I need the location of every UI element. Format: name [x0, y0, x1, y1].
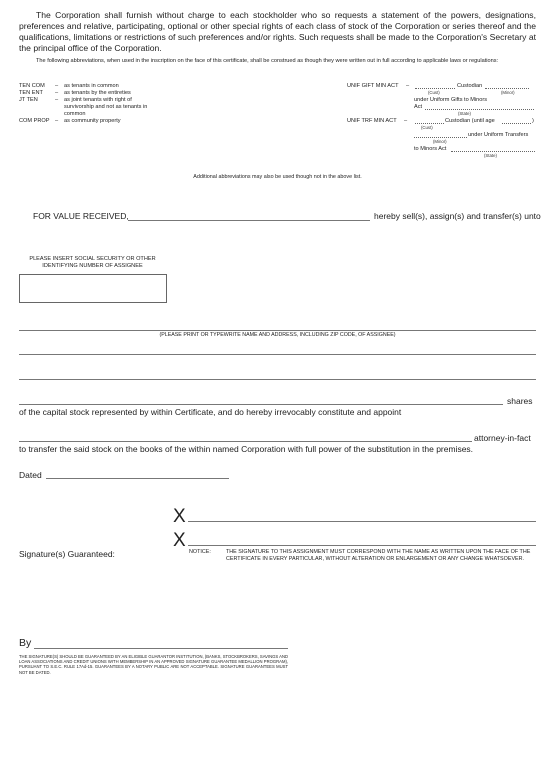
unif-trf-key: UNIF TRF MIN ACT: [347, 118, 397, 125]
assignee-name-line[interactable]: [19, 330, 536, 331]
gift-minor-caption: (Minor): [501, 90, 515, 95]
trf-custodian-field[interactable]: [415, 123, 444, 124]
guarantee-fine-print: THE SIGNATURE(S) SHOULD BE GUARANTEED BY…: [19, 654, 288, 675]
abbreviations-left-list: TEN COM – as tenants in common TEN ENT –…: [19, 83, 189, 133]
abbreviations-intro-text: The following abbreviations, when used i…: [36, 58, 498, 64]
abbreviations-right-list: UNIF GIFT MIN ACT – Custodian (Cust) (Mi…: [347, 83, 537, 163]
gift-custodian-field[interactable]: [415, 88, 455, 89]
abbreviation-dash: –: [55, 90, 58, 97]
unif-gift-key: UNIF GIFT MIN ACT: [347, 83, 398, 90]
trf-close-paren: ): [532, 118, 534, 125]
trf-age-field[interactable]: [502, 123, 531, 124]
intro-paragraph: The Corporation shall furnish without ch…: [19, 10, 536, 54]
for-value-received-label: FOR VALUE RECEIVED,: [33, 211, 129, 221]
trf-minor-caption: (Minor): [433, 139, 447, 144]
abbreviation-dash: –: [55, 118, 58, 125]
date-field[interactable]: [46, 478, 229, 479]
guarantor-signature-field[interactable]: [34, 648, 288, 649]
trf-state-field[interactable]: [451, 151, 535, 152]
abbreviation-dash: –: [55, 83, 58, 90]
abbreviation-value: as joint tenants with right of survivors…: [64, 97, 162, 118]
assignee-caption: (PLEASE PRINT OR TYPEWRITE NAME AND ADDR…: [0, 332, 555, 338]
abbreviation-row: COM PROP – as community property: [19, 118, 189, 125]
ssn-label: PLEASE INSERT SOCIAL SECURITY OR OTHER I…: [19, 256, 166, 270]
trf-state-caption: (State): [484, 153, 497, 158]
signature-line-2[interactable]: [188, 545, 536, 546]
abbreviation-value: as tenants in common: [64, 83, 164, 90]
trf-minor-field[interactable]: [414, 137, 467, 138]
unif-trf-dash: –: [404, 118, 407, 125]
attorney-in-fact-label: attorney-in-fact: [474, 433, 531, 443]
assignor-name-field[interactable]: [128, 220, 370, 221]
additional-abbreviations-note: Additional abbreviations may also be use…: [0, 174, 555, 181]
abbreviation-key: TEN ENT: [19, 90, 43, 97]
abbreviation-value: as tenants by the entireties: [64, 90, 164, 97]
gift-act-label: Act: [414, 104, 422, 111]
intro-text: The Corporation shall furnish without ch…: [19, 10, 536, 53]
notice-label: NOTICE:: [189, 549, 211, 556]
shares-label: shares: [507, 396, 533, 406]
sell-assign-transfer-text: hereby sell(s), assign(s) and transfer(s…: [374, 211, 541, 221]
trf-to-minors-label: to Minors Act: [414, 146, 446, 153]
abbreviation-key: COM PROP: [19, 118, 49, 125]
shares-count-field[interactable]: [19, 404, 503, 405]
abbreviation-key: TEN COM: [19, 83, 45, 90]
ssn-input-box[interactable]: [19, 274, 167, 303]
ssn-label-line1: PLEASE INSERT SOCIAL SECURITY OR OTHER: [19, 256, 166, 263]
signature-x-mark-1: X: [173, 507, 186, 526]
gift-minor-field[interactable]: [485, 88, 529, 89]
abbreviation-row: TEN COM – as tenants in common: [19, 83, 189, 90]
attorney-name-field[interactable]: [19, 441, 472, 442]
transfer-text: to transfer the said stock on the books …: [19, 444, 473, 454]
notice-text: THE SIGNATURE TO THIS ASSIGNMENT MUST CO…: [226, 549, 536, 563]
ssn-label-line2: IDENTIFYING NUMBER OF ASSIGNEE: [19, 263, 166, 270]
signature-x-mark-2: X: [173, 531, 186, 550]
by-label: By: [19, 637, 31, 649]
abbreviation-row: TEN ENT – as tenants by the entireties: [19, 90, 189, 97]
gift-state-field[interactable]: [425, 109, 534, 110]
abbreviation-dash: –: [55, 97, 58, 104]
trf-under-text: under Uniform Transfers: [468, 132, 528, 139]
signature-guaranteed-label: Signature(s) Guaranteed:: [19, 549, 115, 559]
unif-gift-dash: –: [406, 83, 409, 90]
gift-under-text: under Uniform Gifts to Minors: [414, 97, 487, 104]
signature-line-1[interactable]: [188, 521, 536, 522]
gift-custodian-label: Custodian: [457, 83, 482, 90]
abbreviation-key: JT TEN: [19, 97, 38, 104]
trf-cust-caption: (Cust): [421, 125, 433, 130]
abbreviation-row: JT TEN – as joint tenants with right of …: [19, 97, 189, 118]
gift-state-caption: (State): [458, 111, 471, 116]
abbreviations-intro: The following abbreviations, when used i…: [19, 57, 536, 65]
abbreviation-value: as community property: [64, 118, 164, 125]
capital-stock-text: of the capital stock represented by with…: [19, 407, 401, 417]
gift-cust-caption: (Cust): [428, 90, 440, 95]
assignee-address-line-2[interactable]: [19, 379, 536, 380]
dated-label: Dated: [19, 470, 42, 480]
trf-custodian-label: Custodian (until age: [445, 118, 495, 125]
assignee-address-line-1[interactable]: [19, 354, 536, 355]
